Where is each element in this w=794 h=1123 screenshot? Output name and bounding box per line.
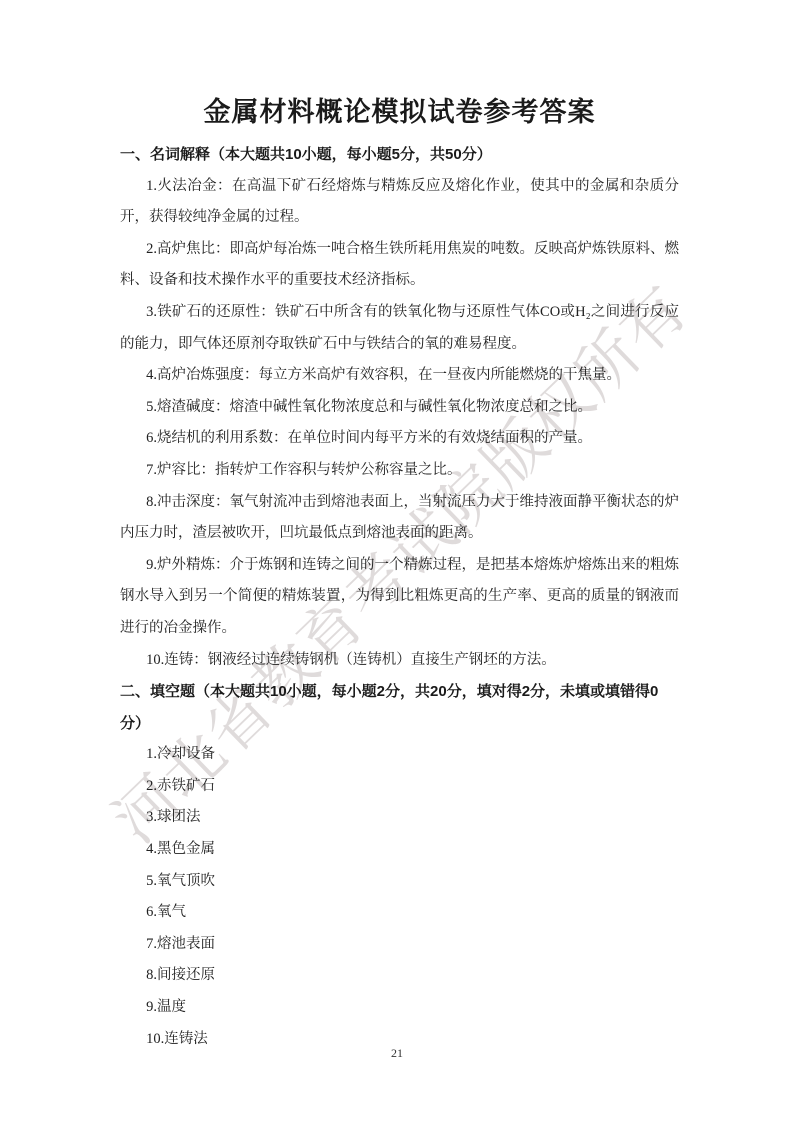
page-title: 金属材料概论模拟试卷参考答案: [120, 90, 679, 129]
section1-heading: 一、名词解释（本大题共10小题，每小题5分，共50分）: [120, 139, 679, 171]
fill-blank-answer: 7.熔池表面: [120, 929, 679, 961]
definition-item: 7.炉容比：指转炉工作容积与转炉公称容量之比。: [120, 455, 679, 487]
fill-blank-answer: 2.赤铁矿石: [120, 771, 679, 803]
definition-item: 3.铁矿石的还原性：铁矿石中所含有的铁氧化物与还原性气体CO或H₂之间进行反应的…: [120, 297, 679, 360]
fill-blank-answer: 3.球团法: [120, 802, 679, 834]
document-page: 河北省教育考试院版权所有 金属材料概论模拟试卷参考答案 一、名词解释（本大题共1…: [0, 0, 794, 1123]
document-content: 金属材料概论模拟试卷参考答案 一、名词解释（本大题共10小题，每小题5分，共50…: [120, 90, 679, 1055]
definition-item: 2.高炉焦比：即高炉每冶炼一吨合格生铁所耗用焦炭的吨数。反映高炉炼铁原料、燃料、…: [120, 234, 679, 297]
definition-item: 9.炉外精炼：介于炼钢和连铸之间的一个精炼过程，是把基本熔炼炉熔炼出来的粗炼钢水…: [120, 550, 679, 645]
section2-heading: 二、填空题（本大题共10小题，每小题2分，共20分，填对得2分，未填或填错得0分…: [120, 676, 679, 739]
fill-blank-answer: 4.黑色金属: [120, 834, 679, 866]
definition-item: 5.熔渣碱度：熔渣中碱性氧化物浓度总和与碱性氧化物浓度总和之比。: [120, 392, 679, 424]
fill-blank-answer: 6.氧气: [120, 897, 679, 929]
definition-item: 8.冲击深度：氧气射流冲击到熔池表面上，当射流压力大于维持液面静平衡状态的炉内压…: [120, 487, 679, 550]
fill-blank-answer: 5.氧气顶吹: [120, 866, 679, 898]
definition-item: 4.高炉冶炼强度：每立方米高炉有效容积，在一昼夜内所能燃烧的干焦量。: [120, 360, 679, 392]
fill-blank-answer: 10.连铸法: [120, 1024, 679, 1056]
definition-item: 6.烧结机的利用系数：在单位时间内每平方米的有效烧结面积的产量。: [120, 423, 679, 455]
fill-blank-answer: 9.温度: [120, 992, 679, 1024]
fill-blank-answer: 1.冷却设备: [120, 739, 679, 771]
fill-blank-answer: 8.间接还原: [120, 960, 679, 992]
definition-item: 10.连铸：钢液经过连续铸钢机（连铸机）直接生产钢坯的方法。: [120, 645, 679, 677]
definition-item: 1.火法冶金：在高温下矿石经熔炼与精炼反应及熔化作业，使其中的金属和杂质分开，获…: [120, 171, 679, 234]
